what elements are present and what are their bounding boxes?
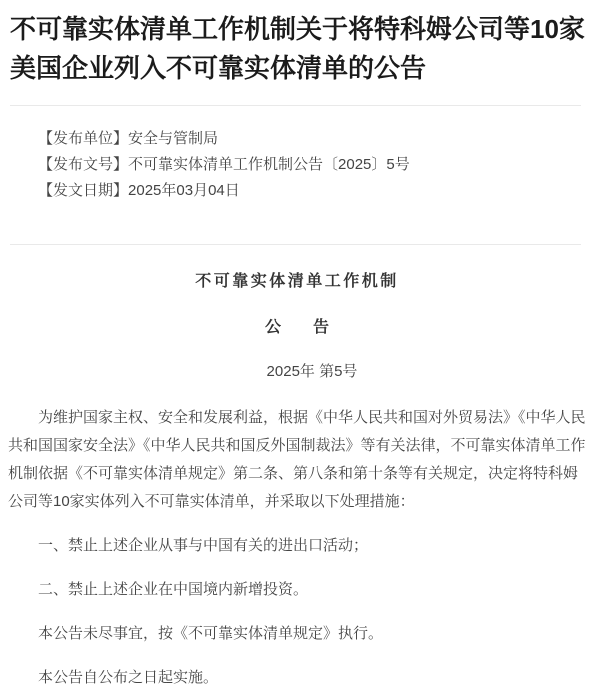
meta-issuing-unit-value: 安全与管制局 <box>128 130 218 147</box>
section-divider <box>10 244 581 245</box>
meta-issuing-unit-label: 【发布单位】 <box>38 130 128 147</box>
paragraph-measure-2: 二、禁止上述企业在中国境内新增投资。 <box>8 576 586 604</box>
announcement-body: 不可靠实体清单工作机制 公 告 2025年 第5号 为维护国家主权、安全和发展利… <box>8 268 586 692</box>
paragraph-supplementary: 本公告未尽事宜，按《不可靠实体清单规定》执行。 <box>8 620 586 648</box>
meta-block: 【发布单位】安全与管制局 【发布文号】不可靠实体清单工作机制公告〔2025〕5号… <box>8 126 586 204</box>
document-type-heading: 公 告 <box>8 314 586 342</box>
meta-issuing-unit: 【发布单位】安全与管制局 <box>8 126 586 152</box>
paragraph-preamble: 为维护国家主权、安全和发展利益，根据《中华人民共和国对外贸易法》《中华人民共和国… <box>8 404 586 516</box>
meta-document-number-label: 【发布文号】 <box>38 156 128 173</box>
issuing-organization-heading: 不可靠实体清单工作机制 <box>8 268 586 296</box>
issue-number: 2025年 第5号 <box>8 358 586 386</box>
meta-issue-date-value: 2025年03月04日 <box>128 182 240 199</box>
meta-document-number: 【发布文号】不可靠实体清单工作机制公告〔2025〕5号 <box>8 152 586 178</box>
page-title: 不可靠实体清单工作机制关于将特科姆公司等10家美国企业列入不可靠实体清单的公告 <box>10 10 586 88</box>
paragraph-measure-1: 一、禁止上述企业从事与中国有关的进出口活动； <box>8 532 586 560</box>
paragraph-effective-date: 本公告自公布之日起实施。 <box>8 664 586 692</box>
top-divider <box>10 105 581 106</box>
meta-issue-date: 【发文日期】2025年03月04日 <box>8 178 586 204</box>
meta-issue-date-label: 【发文日期】 <box>38 182 128 199</box>
announcement-page: 不可靠实体清单工作机制关于将特科姆公司等10家美国企业列入不可靠实体清单的公告 … <box>0 0 600 696</box>
meta-document-number-value: 不可靠实体清单工作机制公告〔2025〕5号 <box>128 156 410 173</box>
